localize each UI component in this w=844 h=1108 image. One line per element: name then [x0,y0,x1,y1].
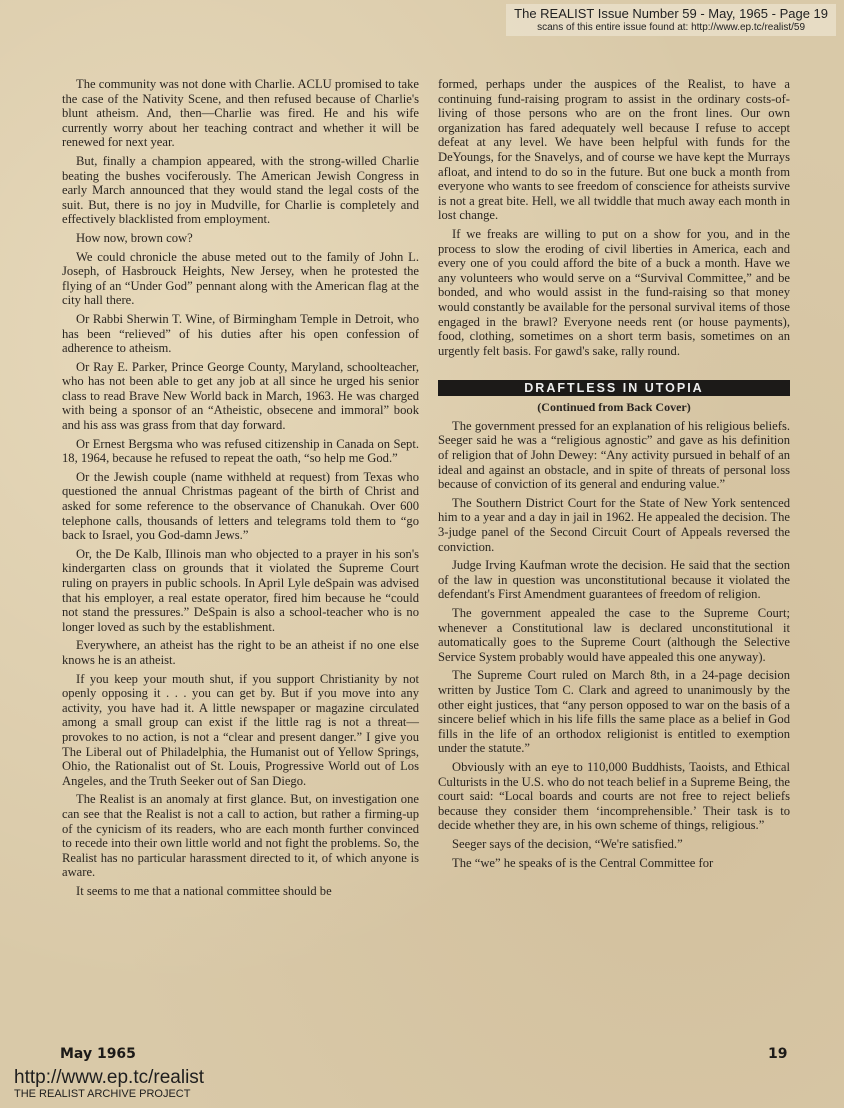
paragraph: The Realist is an anomaly at first glanc… [62,792,419,880]
paragraph: The Southern District Court for the Stat… [438,496,790,554]
paragraph: Obviously with an eye to 110,000 Buddhis… [438,760,790,833]
continued-note: (Continued from Back Cover) [438,400,790,415]
archive-url[interactable]: http://www.ep.tc/realist [14,1068,204,1088]
paragraph: Or Rabbi Sherwin T. Wine, of Birmingham … [62,312,419,356]
paragraph: It seems to me that a national committee… [62,884,419,899]
paragraph: Or the Jewish couple (name withheld at r… [62,470,419,543]
paragraph: Judge Irving Kaufman wrote the decision.… [438,558,790,602]
footer-date: May 1965 [60,1046,136,1062]
paragraph: The Supreme Court ruled on March 8th, in… [438,668,790,756]
paragraph: We could chronicle the abuse meted out t… [62,250,419,308]
page-number: 19 [768,1046,787,1062]
paragraph: Seeger says of the decision, “We're sati… [438,837,790,852]
paragraph: Or Ernest Bergsma who was refused citize… [62,437,419,466]
paragraph: Everywhere, an atheist has the right to … [62,638,419,667]
paragraph: formed, perhaps under the auspices of th… [438,77,790,223]
left-column: The community was not done with Charlie.… [62,77,419,902]
section-banner: DRAFTLESS IN UTOPIA [438,380,790,396]
paragraph: The “we” he speaks of is the Central Com… [438,856,790,871]
paragraph: The government appealed the case to the … [438,606,790,664]
archive-watermark: http://www.ep.tc/realist THE REALIST ARC… [14,1068,204,1101]
paragraph: But, finally a champion appeared, with t… [62,154,419,227]
paragraph: Or, the De Kalb, Illinois man who object… [62,547,419,635]
paragraph: The community was not done with Charlie.… [62,77,419,150]
archive-project-name: THE REALIST ARCHIVE PROJECT [14,1088,204,1101]
issue-source-link[interactable]: scans of this entire issue found at: htt… [514,21,828,34]
paragraph: How now, brown cow? [62,231,419,246]
paragraph: Or Ray E. Parker, Prince George County, … [62,360,419,433]
paragraph: If you keep your mouth shut, if you supp… [62,672,419,789]
archive-header: The REALIST Issue Number 59 - May, 1965 … [506,4,836,36]
paragraph: The government pressed for an explanatio… [438,419,790,492]
right-column: formed, perhaps under the auspices of th… [438,77,790,874]
paragraph: If we freaks are willing to put on a sho… [438,227,790,358]
issue-title: The REALIST Issue Number 59 - May, 1965 … [514,6,828,21]
